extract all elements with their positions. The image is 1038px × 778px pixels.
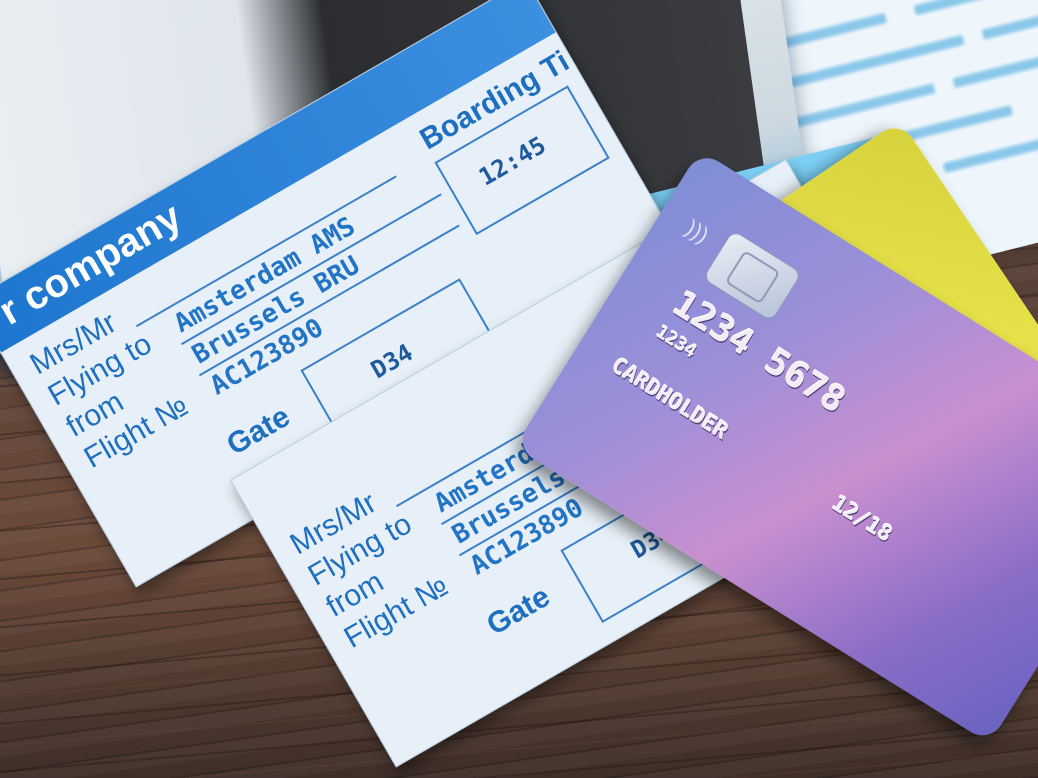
contactless-icon: ))) bbox=[681, 215, 713, 249]
card-expiry: 12/18 bbox=[827, 491, 896, 547]
photo-scene: THAILANDING! NICE TRIP! SEE YOU AGAIN r … bbox=[0, 0, 1038, 778]
card-holder-label: CARDHOLDER bbox=[607, 354, 733, 445]
gate-label: Gate bbox=[481, 580, 556, 643]
boarding-time-value: 12:45 bbox=[474, 131, 551, 191]
